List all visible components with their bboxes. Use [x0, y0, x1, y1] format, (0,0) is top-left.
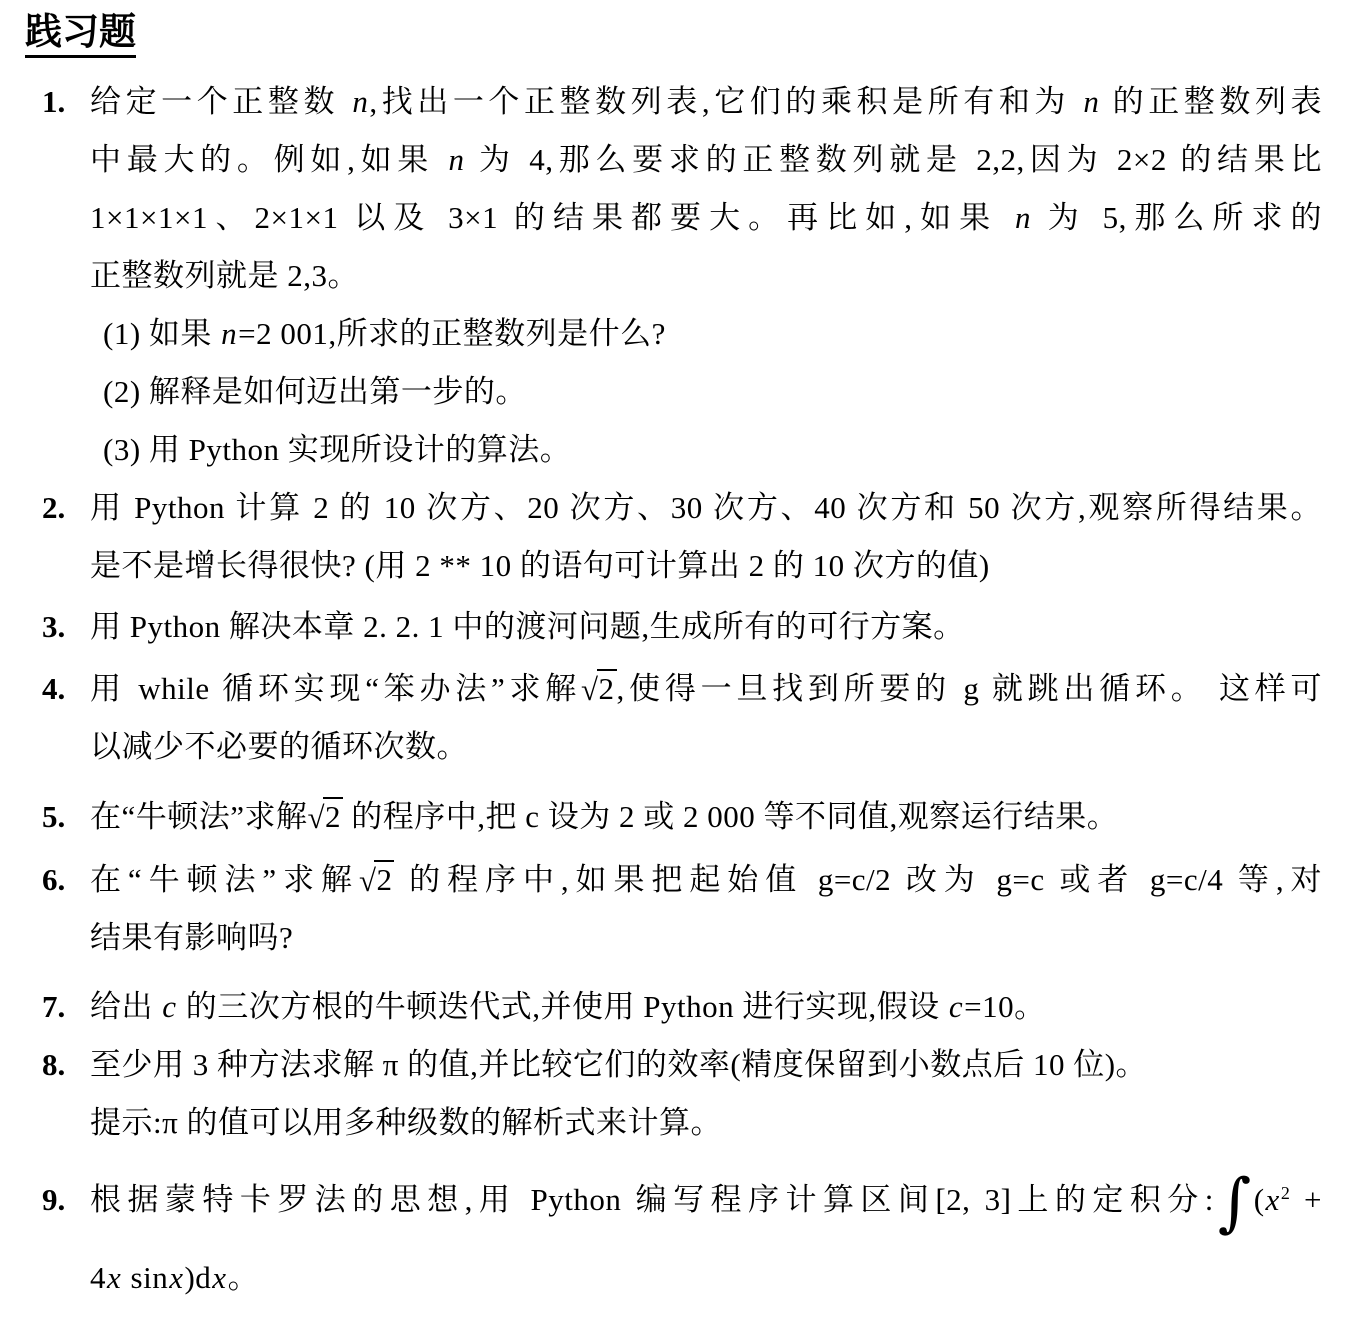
text-run: 用 Python 计算 2 的 10 次方、20 次方、30 次方、40 次方和… [90, 490, 1322, 525]
radicand: 2 [323, 797, 343, 835]
integral-sign: ∫ [1214, 1166, 1254, 1240]
text-run: 中最大的。例如,如果 [90, 142, 448, 177]
text-line: 在“牛顿法”求解√2 的程序中,如果把起始值 g=c/2 改为 g=c 或者 g… [90, 851, 1322, 909]
text-run: 用 while 循环实现“笨办法”求解 [90, 671, 581, 706]
radical-sign: √ [359, 852, 377, 910]
sub-item-line: (2) 解释是如何迈出第一步的。 [90, 363, 1322, 421]
math-variable: x [106, 1260, 122, 1295]
item-number: 9. [42, 1171, 65, 1229]
math-variable: x [168, 1260, 184, 1295]
radical-sign: √ [581, 661, 599, 719]
math-variable: x [211, 1260, 227, 1295]
text-line: 至少用 3 种方法求解 π 的值,并比较它们的效率(精度保留到小数点后 10 位… [90, 1036, 1322, 1094]
text-line: 中最大的。例如,如果 n 为 4,那么要求的正整数列就是 2,2,因为 2×2 … [90, 131, 1322, 189]
text-run: 以减少不必要的循环次数。 [90, 729, 468, 764]
text-run: (2) 解释是如何迈出第一步的。 [103, 374, 527, 409]
item-number: 2. [42, 479, 65, 537]
text-run: ( [1254, 1182, 1265, 1217]
exercise-item: 7.给出 c 的三次方根的牛顿迭代式,并使用 Python 进行实现,假设 c=… [90, 978, 1322, 1036]
math-variable: n [220, 316, 238, 351]
exercise-item: 4.用 while 循环实现“笨办法”求解√2,使得一旦找到所要的 g 就跳出循… [90, 660, 1322, 776]
text-run: ,使得一旦找到所要的 g 就跳出循环。 这样可 [617, 671, 1322, 706]
text-run: 是不是增长得很快? (用 2 ** 10 的语句可计算出 2 的 10 次方的值… [90, 548, 990, 583]
text-line: 1×1×1×1、2×1×1 以及 3×1 的结果都要大。再比如,如果 n 为 5… [90, 189, 1322, 247]
text-run: + [1290, 1182, 1322, 1217]
sqrt-radical: √2 [359, 862, 395, 897]
text-run: 正整数列就是 2,3。 [90, 258, 359, 293]
text-line: 结果有影响吗? [90, 909, 1322, 967]
math-variable: n [448, 142, 466, 177]
text-line: 4x sinx)dx。 [90, 1249, 1322, 1307]
text-run: 的程序中,如果把起始值 g=c/2 改为 g=c 或者 g=c/4 等,对 [394, 862, 1322, 897]
math-variable: x [1265, 1182, 1281, 1217]
math-variable: n [1082, 84, 1100, 119]
exercise-list: 1.给定一个正整数 n,找出一个正整数列表,它们的乘积是所有和为 n 的正整数列… [0, 73, 1365, 1307]
text-run: 为 5,那么所求的 [1032, 200, 1322, 235]
sub-item-line: (1) 如果 n=2 001,所求的正整数列是什么? [90, 305, 1322, 363]
text-run: 给定一个正整数 [90, 84, 351, 119]
item-number: 3. [42, 598, 65, 656]
exercise-item: 6.在“牛顿法”求解√2 的程序中,如果把起始值 g=c/2 改为 g=c 或者… [90, 851, 1322, 967]
page-title: 践习题 [25, 10, 136, 58]
text-line: 提示:π 的值可以用多种级数的解析式来计算。 [90, 1094, 1322, 1152]
superscript: 2 [1281, 1184, 1290, 1204]
exercise-item: 1.给定一个正整数 n,找出一个正整数列表,它们的乘积是所有和为 n 的正整数列… [90, 73, 1322, 479]
text-run: 为 4,那么要求的正整数列就是 2,2,因为 2×2 的结果比 [466, 142, 1322, 177]
math-variable: n [1014, 200, 1032, 235]
text-line: 用 Python 计算 2 的 10 次方、20 次方、30 次方、40 次方和… [90, 479, 1322, 537]
sub-item-line: (3) 用 Python 实现所设计的算法。 [90, 421, 1322, 479]
text-line: 是不是增长得很快? (用 2 ** 10 的语句可计算出 2 的 10 次方的值… [90, 537, 1322, 595]
item-number: 8. [42, 1036, 65, 1094]
text-run: 给出 [90, 989, 161, 1024]
text-run: 。 [228, 1260, 260, 1295]
exercise-item: 8.至少用 3 种方法求解 π 的值,并比较它们的效率(精度保留到小数点后 10… [90, 1036, 1322, 1152]
text-run: 1×1×1×1、2×1×1 以及 3×1 的结果都要大。再比如,如果 [90, 200, 1014, 235]
radical-sign: √ [308, 789, 326, 847]
exercise-item: 3.用 Python 解决本章 2. 2. 1 中的渡河问题,生成所有的可行方案… [90, 598, 1322, 656]
text-run: 至少用 3 种方法求解 π 的值,并比较它们的效率(精度保留到小数点后 10 位… [90, 1047, 1147, 1082]
exercise-item: 2.用 Python 计算 2 的 10 次方、20 次方、30 次方、40 次… [90, 479, 1322, 595]
text-run: 在“牛顿法”求解 [90, 862, 359, 897]
sqrt-radical: √2 [581, 671, 617, 706]
text-run: 的三次方根的牛顿迭代式,并使用 Python 进行实现,假设 [178, 989, 948, 1024]
math-variable: n [351, 84, 369, 119]
exercise-item: 9.根据蒙特卡罗法的思想,用 Python 编写程序计算区间[2, 3]上的定积… [90, 1171, 1322, 1307]
text-run: 提示:π 的值可以用多种级数的解析式来计算。 [90, 1105, 722, 1140]
text-line: 给出 c 的三次方根的牛顿迭代式,并使用 Python 进行实现,假设 c=10… [90, 978, 1322, 1036]
radicand: 2 [374, 860, 394, 898]
exercise-page: 践习题 1.给定一个正整数 n,找出一个正整数列表,它们的乘积是所有和为 n 的… [0, 0, 1365, 1321]
text-run: )d [184, 1260, 211, 1295]
text-run: ,找出一个正整数列表,它们的乘积是所有和为 [369, 84, 1082, 119]
text-run: sin [122, 1260, 168, 1295]
text-run: 的正整数列表 [1100, 84, 1322, 119]
text-line: 用 Python 解决本章 2. 2. 1 中的渡河问题,生成所有的可行方案。 [90, 598, 1322, 656]
sqrt-radical: √2 [308, 799, 344, 834]
item-number: 7. [42, 978, 65, 1036]
text-run: (1) 如果 [103, 316, 220, 351]
text-line: 正整数列就是 2,3。 [90, 247, 1322, 305]
item-number: 1. [42, 73, 65, 131]
radicand: 2 [597, 669, 617, 707]
math-variable: c [161, 989, 177, 1024]
text-run: 4 [90, 1260, 106, 1295]
text-run: 根据蒙特卡罗法的思想,用 Python 编写程序计算区间[2, 3]上的定积分: [90, 1182, 1214, 1217]
text-run: 在“牛顿法”求解 [90, 799, 308, 834]
page-header: 践习题 [0, 0, 1365, 58]
text-line: 在“牛顿法”求解√2 的程序中,把 c 设为 2 或 2 000 等不同值,观察… [90, 788, 1322, 846]
text-line: 以减少不必要的循环次数。 [90, 718, 1322, 776]
text-run: 结果有影响吗? [90, 920, 293, 955]
text-run: 用 Python 解决本章 2. 2. 1 中的渡河问题,生成所有的可行方案。 [90, 609, 965, 644]
item-number: 4. [42, 660, 65, 718]
text-run: (3) 用 Python 实现所设计的算法。 [103, 432, 571, 467]
math-variable: c [948, 989, 964, 1024]
item-number: 6. [42, 851, 65, 909]
item-number: 5. [42, 788, 65, 846]
text-line: 用 while 循环实现“笨办法”求解√2,使得一旦找到所要的 g 就跳出循环。… [90, 660, 1322, 718]
text-line: 根据蒙特卡罗法的思想,用 Python 编写程序计算区间[2, 3]上的定积分:… [90, 1171, 1322, 1229]
text-run: =10。 [964, 989, 1045, 1024]
text-line: 给定一个正整数 n,找出一个正整数列表,它们的乘积是所有和为 n 的正整数列表 [90, 73, 1322, 131]
text-run: 的程序中,把 c 设为 2 或 2 000 等不同值,观察运行结果。 [343, 799, 1118, 834]
text-run: =2 001,所求的正整数列是什么? [238, 316, 666, 351]
exercise-item: 5.在“牛顿法”求解√2 的程序中,把 c 设为 2 或 2 000 等不同值,… [90, 788, 1322, 846]
